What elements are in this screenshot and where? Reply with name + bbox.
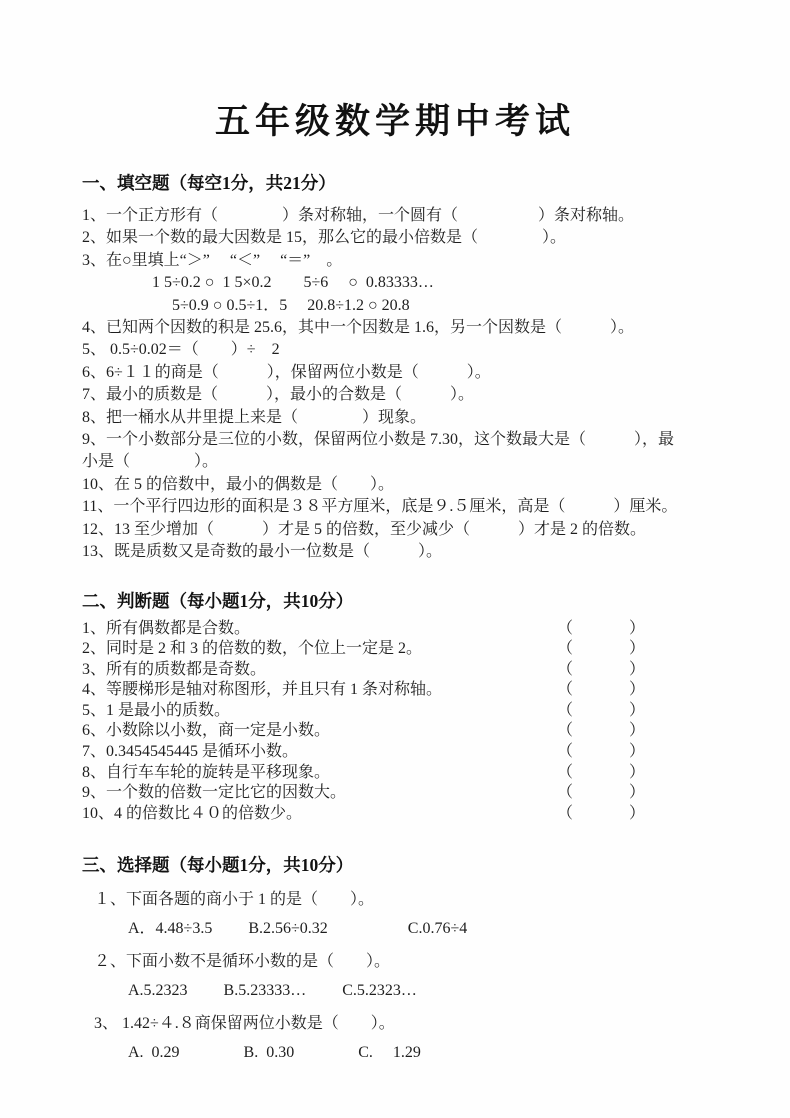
judgement-row-7: 7、0.3454545445 是循环小数。 （ ） bbox=[82, 742, 647, 763]
fill-question-9-wrap: 小是（ ）。 bbox=[82, 451, 732, 473]
fill-question-9: 9、一个小数部分是三位的小数，保留两位小数是 7.30，这个数最大是（ ），最 bbox=[82, 429, 732, 451]
fill-question-11: 11、一个平行四边形的面积是３８平方厘米，底是９.５厘米，高是（ ）厘米。 bbox=[82, 496, 732, 518]
judgement-statement: 6、小数除以小数，商一定是小数。 bbox=[82, 721, 330, 742]
judgement-statement: 9、一个数的倍数一定比它的因数大。 bbox=[82, 783, 346, 804]
judgement-row-5: 5、1 是最小的质数。 （ ） bbox=[82, 701, 647, 722]
answer-blank: （ ） bbox=[557, 742, 647, 763]
choice-question-3: 3、 1.42÷４.８商保留两位小数是（ ）。 bbox=[82, 1013, 732, 1034]
answer-blank: （ ） bbox=[557, 721, 647, 742]
section-true-false: 二、判断题（每小题1分，共10分） 1、所有偶数都是合数。 （ ） 2、同时是 … bbox=[82, 588, 732, 825]
section-3-heading: 三、选择题（每小题1分，共10分） bbox=[82, 852, 732, 877]
exam-content: 一、填空题（每空1分，共21分） 1、一个正方形有（ ）条对称轴，一个圆有（ ）… bbox=[0, 170, 790, 1063]
answer-blank: （ ） bbox=[557, 804, 647, 825]
section-fill-in-blanks: 一、填空题（每空1分，共21分） 1、一个正方形有（ ）条对称轴，一个圆有（ ）… bbox=[82, 170, 732, 564]
fill-question-5: 5、 0.5÷0.02＝（ ）÷ 2 bbox=[82, 339, 732, 361]
judgement-row-3: 3、所有的质数都是奇数。 （ ） bbox=[82, 660, 647, 681]
judgement-row-6: 6、小数除以小数，商一定是小数。 （ ） bbox=[82, 721, 647, 742]
fill-question-13: 13、既是质数又是奇数的最小一位数是（ ）。 bbox=[82, 541, 732, 563]
judgement-statement: 2、同时是 2 和 3 的倍数的数，个位上一定是 2。 bbox=[82, 639, 422, 660]
choice-question-2: ２、下面小数不是循环小数的是（ ）。 bbox=[82, 951, 732, 972]
fill-question-8: 8、把一桶水从井里提上来是（ ）现象。 bbox=[82, 407, 732, 429]
fill-question-6: 6、6÷１１的商是（ ），保留两位小数是（ ）。 bbox=[82, 362, 732, 384]
answer-blank: （ ） bbox=[557, 639, 647, 660]
choice-options-3: A. 0.29 B. 0.30 C. 1.29 bbox=[82, 1042, 732, 1063]
fill-question-2: 2、如果一个数的最大因数是 15，那么它的最小倍数是（ ）。 bbox=[82, 227, 732, 249]
judgement-row-1: 1、所有偶数都是合数。 （ ） bbox=[82, 619, 647, 640]
fill-question-3: 3、在○里填上“＞” “＜” “＝” 。 bbox=[82, 250, 732, 272]
exam-title: 五年级数学期中考试 bbox=[0, 94, 790, 144]
judgement-statement: 3、所有的质数都是奇数。 bbox=[82, 660, 266, 681]
fill-question-12: 12、13 至少增加（ ）才是 5 的倍数，至少减少（ ）才是 2 的倍数。 bbox=[82, 519, 732, 541]
fill-question-1: 1、一个正方形有（ ）条对称轴，一个圆有（ ）条对称轴。 bbox=[82, 205, 732, 227]
section-multiple-choice: 三、选择题（每小题1分，共10分） １、下面各题的商小于 1 的是（ ）。 A．… bbox=[82, 852, 732, 1063]
answer-blank: （ ） bbox=[557, 701, 647, 722]
judgement-statement: 5、1 是最小的质数。 bbox=[82, 701, 230, 722]
judgement-statement: 7、0.3454545445 是循环小数。 bbox=[82, 742, 298, 763]
answer-blank: （ ） bbox=[557, 783, 647, 804]
choice-options-1: A．4.48÷3.5 B.2.56÷0.32 C.0.76÷4 bbox=[82, 918, 732, 939]
answer-blank: （ ） bbox=[557, 619, 647, 640]
fill-question-10: 10、在 5 的倍数中，最小的偶数是（ ）。 bbox=[82, 474, 732, 496]
compare-row-2: 5÷0.9 ○ 0.5÷1．5 20.8÷1.2 ○ 20.8 bbox=[82, 295, 732, 317]
choice-options-2: A.5.2323 B.5.23333… C.5.2323… bbox=[82, 980, 732, 1001]
judgement-statement: 8、自行车车轮的旋转是平移现象。 bbox=[82, 763, 330, 784]
judgement-row-8: 8、自行车车轮的旋转是平移现象。 （ ） bbox=[82, 763, 647, 784]
judgement-row-2: 2、同时是 2 和 3 的倍数的数，个位上一定是 2。 （ ） bbox=[82, 639, 647, 660]
judgement-statement: 10、4 的倍数比４０的倍数少。 bbox=[82, 804, 302, 825]
answer-blank: （ ） bbox=[557, 763, 647, 784]
fill-question-7: 7、最小的质数是（ ），最小的合数是（ ）。 bbox=[82, 384, 732, 406]
judgement-row-9: 9、一个数的倍数一定比它的因数大。 （ ） bbox=[82, 783, 647, 804]
exam-page: 五年级数学期中考试 一、填空题（每空1分，共21分） 1、一个正方形有（ ）条对… bbox=[0, 0, 790, 1118]
compare-row-1: 1 5÷0.2 ○ 1 5×0.2 5÷6 ○ 0.83333… bbox=[82, 272, 732, 294]
section-2-heading: 二、判断题（每小题1分，共10分） bbox=[82, 588, 732, 613]
fill-question-4: 4、已知两个因数的积是 25.6，其中一个因数是 1.6，另一个因数是（ ）。 bbox=[82, 317, 732, 339]
judgement-statement: 4、等腰梯形是轴对称图形，并且只有 1 条对称轴。 bbox=[82, 680, 442, 701]
answer-blank: （ ） bbox=[557, 660, 647, 681]
choice-question-1: １、下面各题的商小于 1 的是（ ）。 bbox=[82, 889, 732, 910]
judgement-row-10: 10、4 的倍数比４０的倍数少。 （ ） bbox=[82, 804, 647, 825]
judgement-statement: 1、所有偶数都是合数。 bbox=[82, 619, 250, 640]
section-1-heading: 一、填空题（每空1分，共21分） bbox=[82, 170, 732, 195]
answer-blank: （ ） bbox=[557, 680, 647, 701]
judgement-row-4: 4、等腰梯形是轴对称图形，并且只有 1 条对称轴。 （ ） bbox=[82, 680, 647, 701]
